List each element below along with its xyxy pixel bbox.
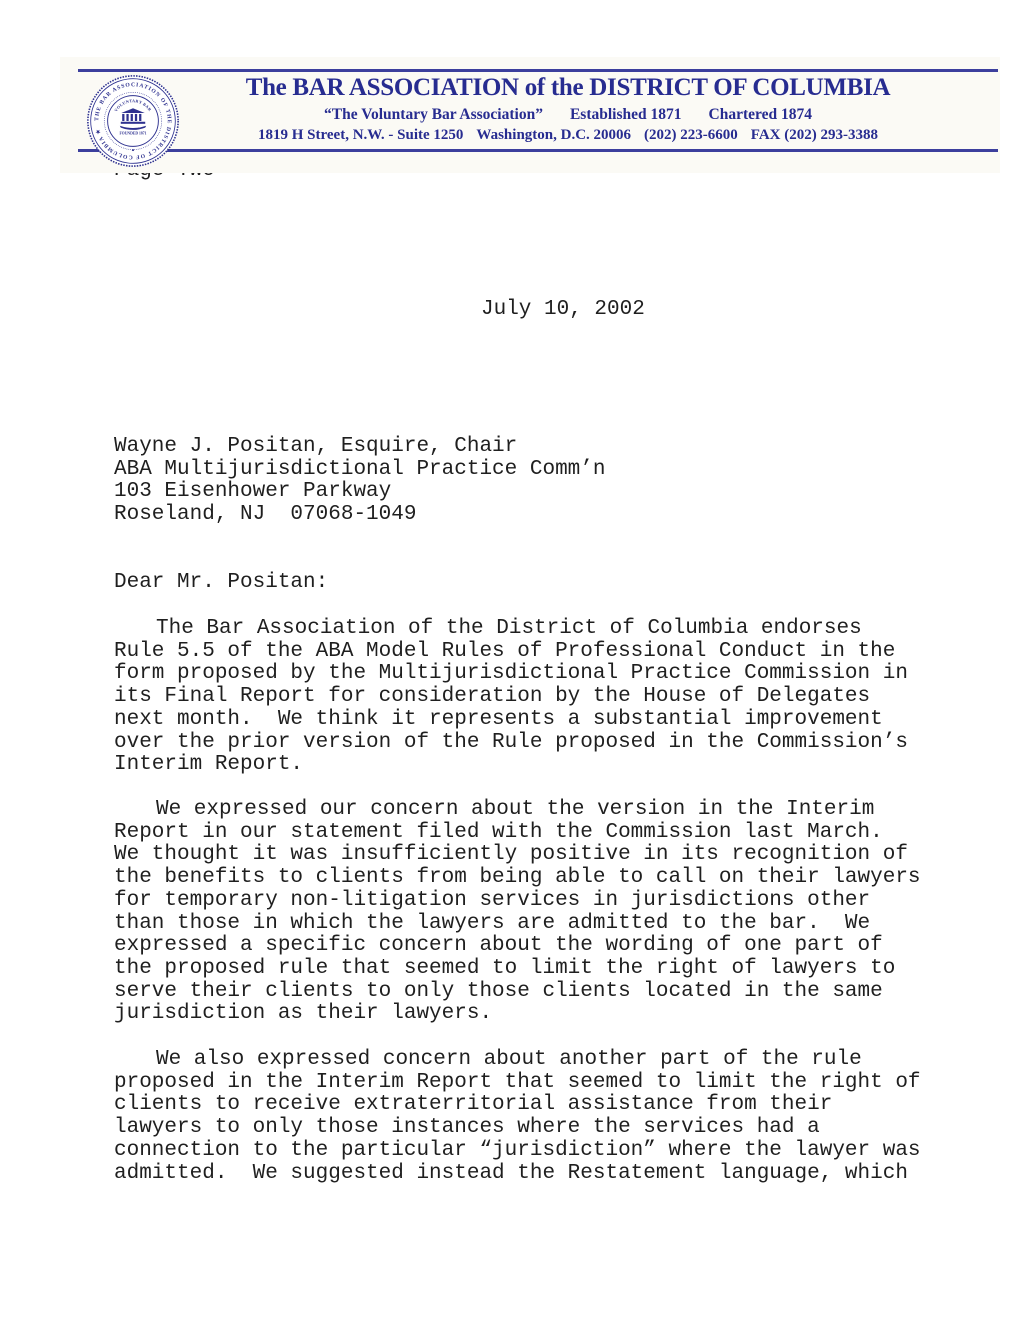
text-line: jurisdiction as their lawyers. (114, 1003, 921, 1026)
text-line: Interim Report. (114, 754, 908, 777)
letterhead: THE BAR ASSOCIATION OF THE DISTRICT OF C… (60, 57, 1000, 173)
letterhead-title: The BAR ASSOCIATION of the DISTRICT OF C… (136, 75, 1000, 101)
letterhead-established: Established 1871 (570, 106, 682, 123)
text-line: next month. We think it represents a sub… (114, 709, 908, 732)
letterhead-address: 1819 H Street, N.W. - Suite 1250 Washing… (136, 127, 1000, 144)
text-line: Wayne J. Positan, Esquire, Chair (114, 436, 605, 459)
text-line: lawyers to only those instances where th… (114, 1117, 921, 1140)
text-line: connection to the particular “jurisdicti… (114, 1140, 921, 1163)
text-line: expressed a specific concern about the w… (114, 935, 921, 958)
text-line: We thought it was insufficiently positiv… (114, 844, 921, 867)
text-line: clients to receive extraterritorial assi… (114, 1094, 921, 1117)
text-line: ABA Multijurisdictional Practice Comm’n (114, 459, 605, 482)
text-line: its Final Report for consideration by th… (114, 686, 908, 709)
text-line: Rule 5.5 of the ABA Model Rules of Profe… (114, 641, 908, 664)
text-line: admitted. We suggested instead the Resta… (114, 1163, 921, 1186)
letterhead-top-rule (78, 69, 998, 72)
text-line: over the prior version of the Rule propo… (114, 732, 908, 755)
text-line: The Bar Association of the District of C… (114, 618, 908, 641)
body-paragraph-1: The Bar Association of the District of C… (114, 618, 908, 777)
text-line: serve their clients to only those client… (114, 981, 921, 1004)
letterhead-fax: FAX (202) 293-3388 (751, 127, 878, 144)
letterhead-city: Washington, D.C. 20006 (476, 127, 631, 144)
text-line: for temporary non-litigation services in… (114, 890, 921, 913)
body-paragraph-3: We also expressed concern about another … (114, 1049, 921, 1185)
letter-date: July 10, 2002 (481, 299, 645, 322)
text-line: 103 Eisenhower Parkway (114, 481, 605, 504)
recipient-address-block: Wayne J. Positan, Esquire, ChairABA Mult… (114, 436, 605, 527)
letterhead-street: 1819 H Street, N.W. - Suite 1250 (258, 127, 463, 144)
text-line: form proposed by the Multijurisdictional… (114, 663, 908, 686)
text-line: Roseland, NJ 07068-1049 (114, 504, 605, 527)
letterhead-chartered: Chartered 1874 (709, 106, 812, 123)
text-line: We also expressed concern about another … (114, 1049, 921, 1072)
text-line: the proposed rule that seemed to limit t… (114, 958, 921, 981)
letterhead-phone: (202) 223-6600 (644, 127, 738, 144)
letterhead-motto: “The Voluntary Bar Association” (324, 106, 543, 123)
text-line: the benefits to clients from being able … (114, 867, 921, 890)
salutation: Dear Mr. Positan: (114, 572, 328, 595)
text-line: than those in which the lawyers are admi… (114, 913, 921, 936)
text-line: We expressed our concern about the versi… (114, 799, 921, 822)
text-line: proposed in the Interim Report that seem… (114, 1072, 921, 1095)
letterhead-subtitle: “The Voluntary Bar Association” Establis… (136, 106, 1000, 123)
text-line: Report in our statement filed with the C… (114, 822, 921, 845)
letterhead-bottom-rule (78, 149, 998, 152)
body-paragraph-2: We expressed our concern about the versi… (114, 799, 921, 1026)
